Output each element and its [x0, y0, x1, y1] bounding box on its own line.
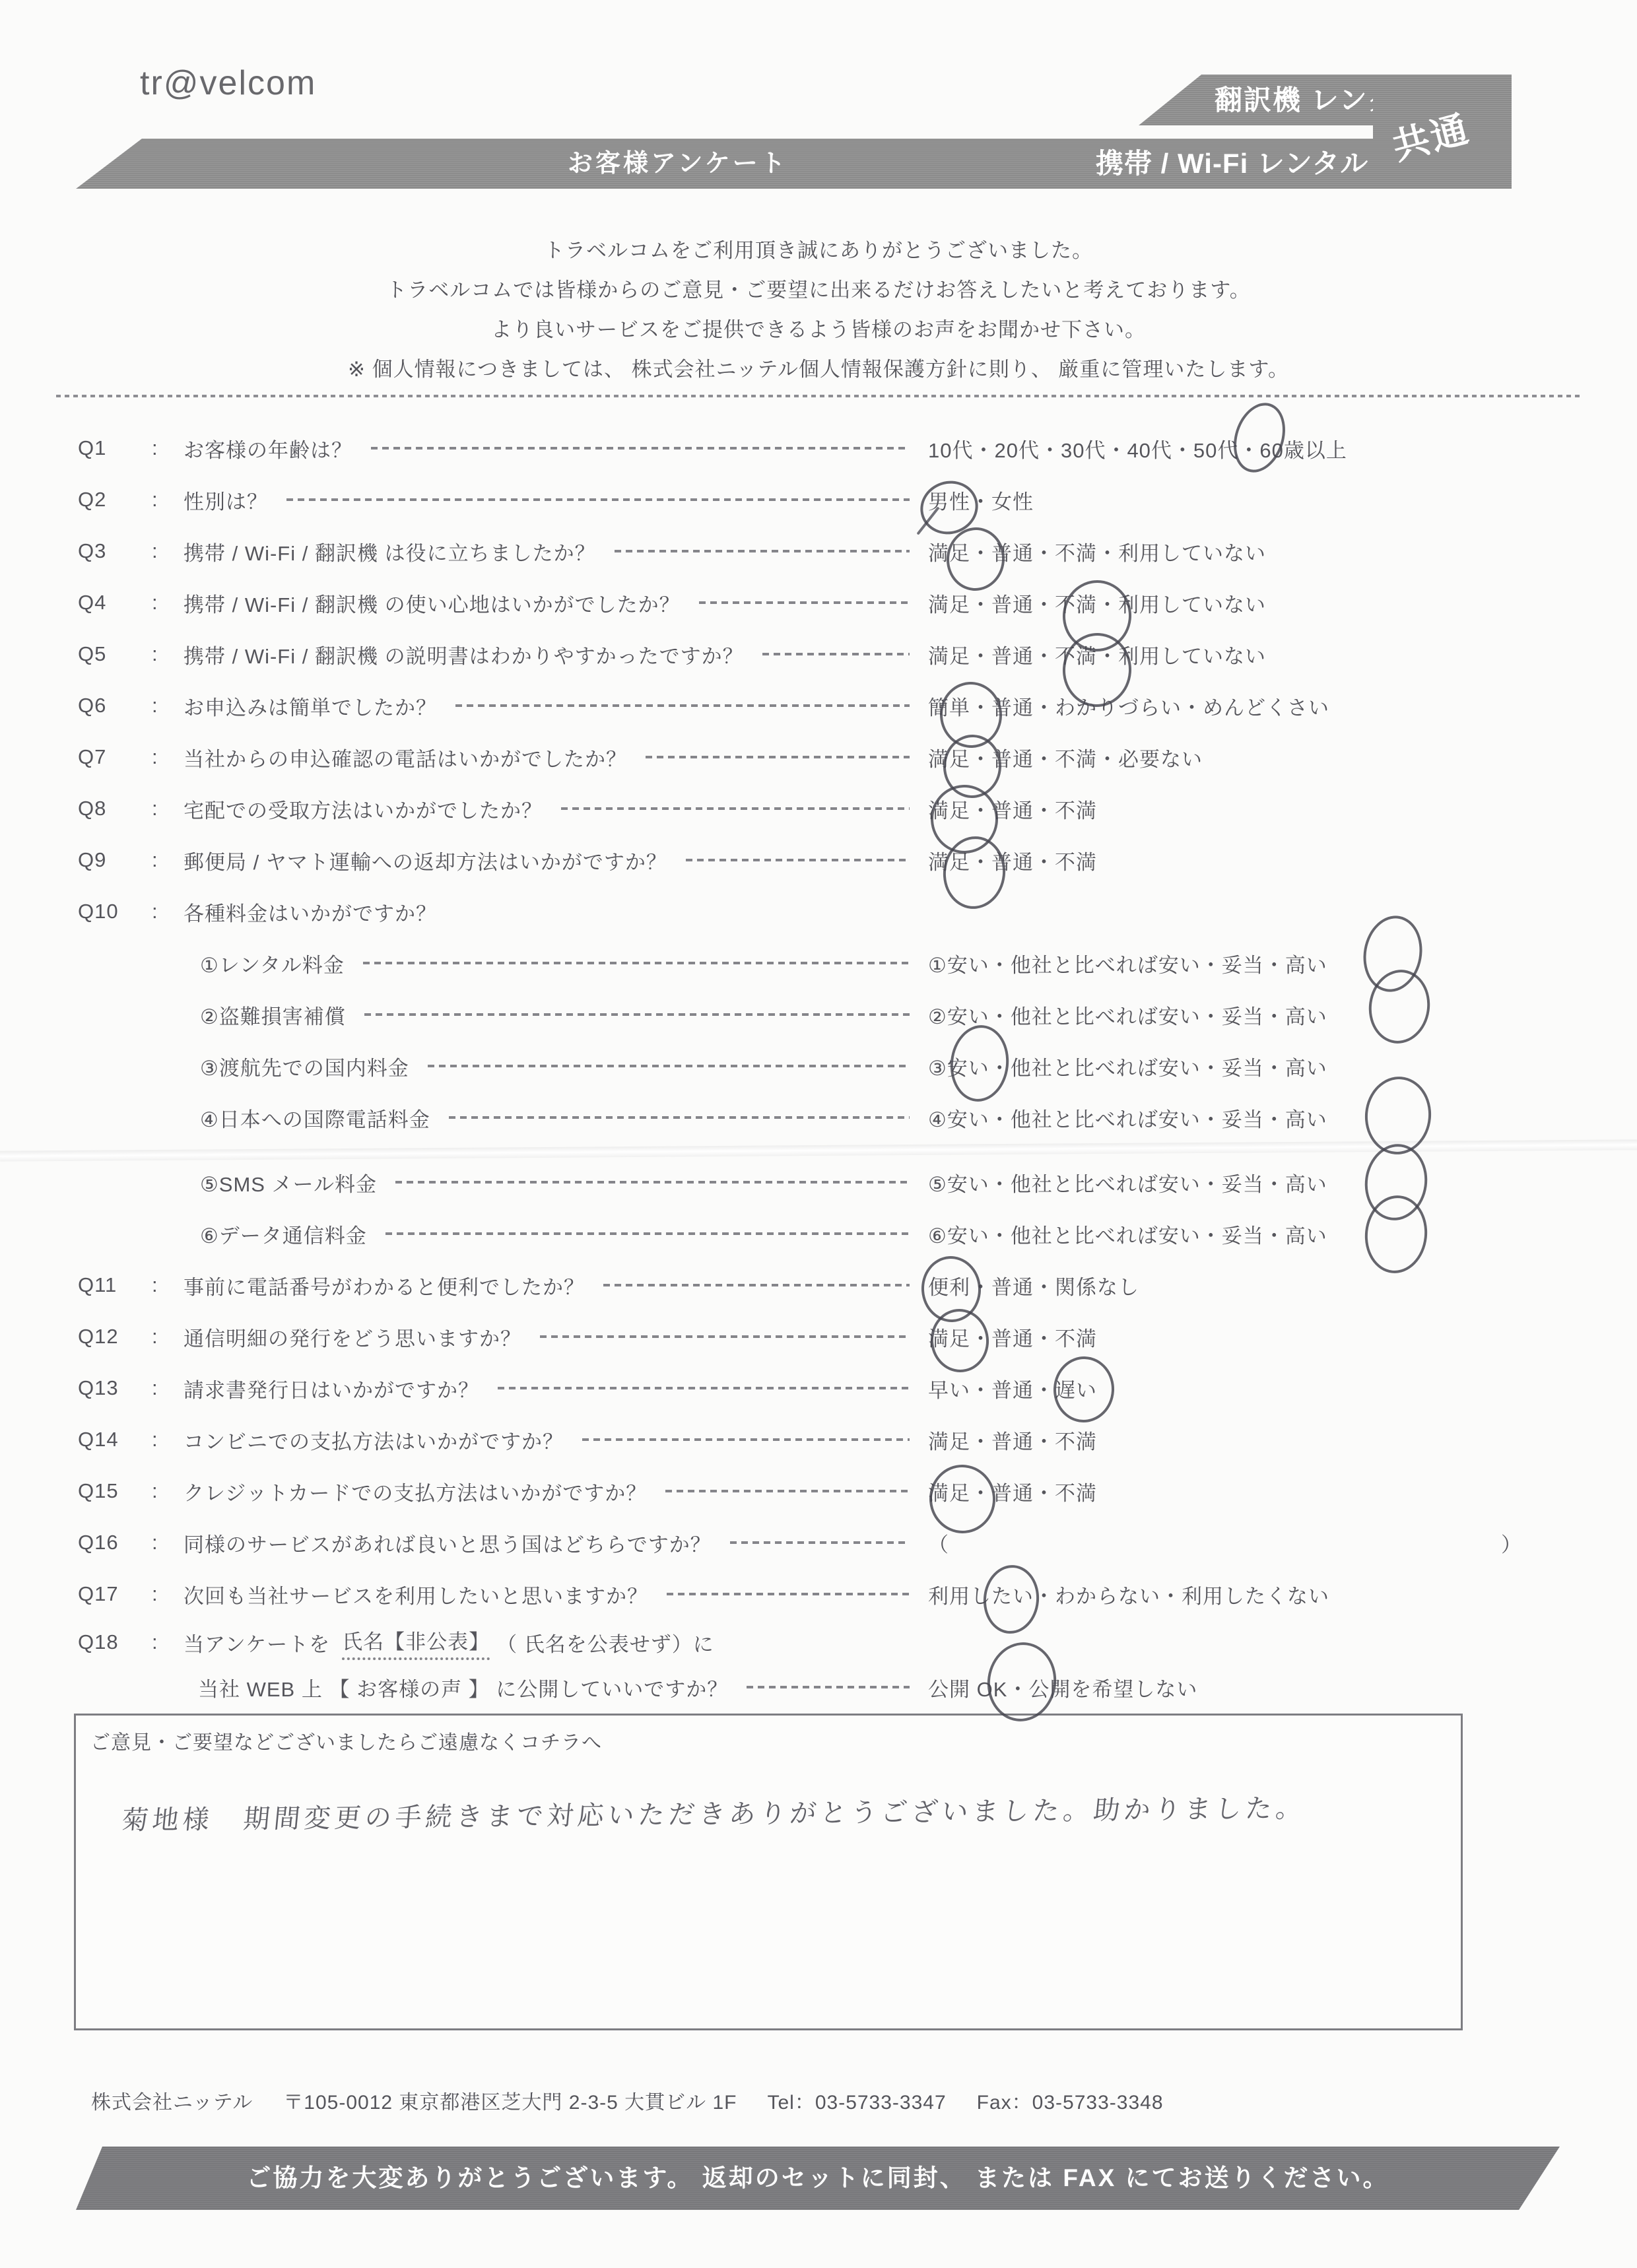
intro-line-4: ※ 個人情報につきましては、 株式会社ニッテル個人情報保護方針に則り、 厳重に管…	[0, 350, 1637, 389]
question-text-line2: 当社 WEB 上 【 お客様の声 】 に公開していいですか？	[198, 1673, 728, 1702]
question-row-q12: Q12 : 通信明細の発行をどう思いますか？ 満足・普通・不満	[78, 1311, 1562, 1362]
answer-cell: ②安い・他社と比べれば安い・妥当・高い	[928, 1000, 1562, 1030]
travelcom-logo: tr@velcom	[140, 63, 316, 103]
colon: :	[152, 1376, 184, 1400]
question-text-part3: （ 氏名を公表せず）に	[496, 1628, 714, 1657]
bottom-banner: ご協力を大変ありがとうございます。 返却のセットに同封、 または FAX にてお…	[76, 2147, 1560, 2210]
dotted-leader	[428, 1065, 910, 1067]
question-text: 事前に電話番号がわかると便利でしたか？	[184, 1271, 585, 1300]
answer-cell: 満足・普通・不満・利用していない	[928, 537, 1562, 566]
answer-cell: 満足・普通・不満・利用していない	[928, 640, 1562, 669]
question-row-q10-1: ①レンタル料金 ①安い・他社と比べれば安い・妥当・高い	[78, 937, 1562, 989]
question-row-q10-6: ⑥データ通信料金 ⑥安い・他社と比べれば安い・妥当・高い	[78, 1208, 1562, 1259]
header-band-main: お客様アンケート 携帯 / Wi-Fi レンタル	[76, 139, 1512, 189]
comment-box: ご意見・ご要望などございましたらご遠慮なくコチラへ 菊地様 期間変更の手続きまで…	[74, 1714, 1463, 2030]
answer-cell: 男性・女性	[928, 485, 1562, 515]
question-text: お申込みは簡単でしたか？	[184, 691, 437, 721]
question-text-underlined: 氏名【非公表】	[342, 1625, 490, 1660]
answer-cell: 満足・普通・不満	[928, 1477, 1562, 1506]
colon: :	[152, 1479, 184, 1503]
answer-options: ①安い・他社と比べれば安い・妥当・高い	[928, 954, 1327, 977]
dotted-leader	[699, 601, 910, 604]
question-row-q16: Q16 : 同様のサービスがあれば良いと思う国はどちらですか？ （ ）	[78, 1517, 1562, 1568]
dotted-leader	[286, 498, 910, 501]
question-text: 各種料金はいかがですか？	[184, 897, 437, 927]
dotted-leader	[364, 1013, 910, 1016]
colon: :	[152, 1273, 184, 1297]
page-title: お客様アンケート	[568, 139, 788, 189]
answer-cell: 早い・普通・遅い	[928, 1374, 1562, 1403]
answer-cell: 便利・普通・関係なし	[928, 1271, 1562, 1300]
answer-cell: 満足・普通・不満・利用していない	[928, 588, 1562, 618]
sub-question-label: ⑥データ通信料金	[200, 1219, 367, 1249]
question-text: 請求書発行日はいかがですか？	[184, 1374, 479, 1403]
footer-address: 〒105-0012 東京都港区芝大門 2-3-5 大貫ビル 1F	[283, 2086, 737, 2115]
question-text: コンビニでの支払方法はいかがですか？	[184, 1425, 564, 1455]
question-number: Q9	[78, 848, 152, 872]
question-number: Q10	[78, 900, 152, 923]
answer-cell: 満足・普通・不満	[928, 794, 1562, 824]
footer: 株式会社ニッテル 〒105-0012 東京都港区芝大門 2-3-5 大貫ビル 1…	[91, 2086, 1164, 2115]
sub-question-label: ⑤SMS メール料金	[200, 1168, 377, 1197]
question-row-q11: Q11 : 事前に電話番号がわかると便利でしたか？ 便利・普通・関係なし	[78, 1259, 1562, 1311]
question-row-q17: Q17 : 次回も当社サービスを利用したいと思いますか？ 利用したい・わからない…	[78, 1568, 1562, 1620]
dotted-leader	[363, 962, 910, 964]
dotted-leader	[762, 653, 910, 655]
bottom-banner-text: ご協力を大変ありがとうございます。 返却のセットに同封、 または FAX にてお…	[246, 2164, 1389, 2191]
question-text: 宅配での受取方法はいかがでしたか？	[184, 794, 543, 824]
footer-fax: Fax：03-5733-3348	[977, 2086, 1164, 2115]
question-row-q2: Q2 : 性別は？ 男性・女性	[78, 474, 1562, 525]
question-row-q6: Q6 : お申込みは簡単でしたか？ 簡単・普通・わかりづらい・めんどくさい	[78, 680, 1562, 731]
dotted-leader	[667, 1593, 910, 1595]
intro-line-3: より良いサービスをご提供できるよう皆様のお声をお聞かせ下さい。	[0, 310, 1637, 350]
sub-question-label: ①レンタル料金	[200, 949, 345, 978]
answer-cell: ③安い・他社と比べれば安い・妥当・高い	[928, 1051, 1562, 1081]
question-text: クレジットカードでの支払方法はいかがですか？	[184, 1477, 647, 1506]
dashed-separator	[56, 395, 1581, 397]
dotted-leader	[747, 1686, 910, 1688]
dotted-leader	[395, 1181, 910, 1184]
question-row-q3: Q3 : 携帯 / Wi-Fi / 翻訳機 は役に立ちましたか？ 満足・普通・不…	[78, 525, 1562, 577]
question-text: 携帯 / Wi-Fi / 翻訳機 は役に立ちましたか？	[184, 537, 596, 566]
question-row-q10-3: ③渡航先での国内料金 ③安い・他社と比べれば安い・妥当・高い	[78, 1040, 1562, 1092]
question-row-q15: Q15 : クレジットカードでの支払方法はいかがですか？ 満足・普通・不満	[78, 1465, 1562, 1517]
open-paren: （	[928, 1528, 949, 1558]
colon: :	[152, 642, 184, 666]
question-row-q18-line2: 当社 WEB 上 【 お客様の声 】 に公開していいですか？ 公開 OK・公開を…	[78, 1665, 1562, 1710]
question-number: Q15	[78, 1479, 152, 1503]
question-row-q14: Q14 : コンビニでの支払方法はいかがですか？ 満足・普通・不満	[78, 1414, 1562, 1465]
dotted-leader	[449, 1116, 910, 1119]
question-number: Q12	[78, 1325, 152, 1349]
answer-options: ②安い・他社と比べれば安い・妥当・高い	[928, 1005, 1327, 1028]
dotted-leader	[455, 704, 910, 707]
answer-cell: 簡単・普通・わかりづらい・めんどくさい	[928, 691, 1562, 721]
handwritten-comment: 菊地様 期間変更の手続きまで対応いただきありがとうございました。助かりました。	[120, 1787, 1308, 1838]
question-text: 携帯 / Wi-Fi / 翻訳機 の使い心地はいかがでしたか？	[184, 588, 681, 618]
question-number: Q17	[78, 1582, 152, 1606]
answer-options: ⑤安い・他社と比べれば安い・妥当・高い	[928, 1173, 1327, 1196]
question-row-q10-2: ②盗難損害補償 ②安い・他社と比べれば安い・妥当・高い	[78, 989, 1562, 1040]
question-text: お客様の年齢は？	[184, 434, 352, 463]
colon: :	[152, 745, 184, 769]
answer-cell: ⑥安い・他社と比べれば安い・妥当・高い	[928, 1219, 1562, 1249]
answer-cell: ①安い・他社と比べれば安い・妥当・高い	[928, 949, 1562, 978]
dotted-leader	[646, 756, 910, 758]
question-number: Q13	[78, 1376, 152, 1400]
colon: :	[152, 848, 184, 872]
handwritten-circle-mark	[1225, 396, 1294, 479]
colon: :	[152, 1582, 184, 1606]
answer-cell: 10代・20代・30代・40代・50代・60歳以上	[928, 434, 1562, 463]
colon: :	[152, 539, 184, 563]
question-number: Q4	[78, 591, 152, 615]
answer-cell: 満足・普通・不満	[928, 1425, 1562, 1455]
question-row-q9: Q9 : 郵便局 / ヤマト運輸への返却方法はいかがですか？ 満足・普通・不満	[78, 834, 1562, 886]
question-text: 郵便局 / ヤマト運輸への返却方法はいかがですか？	[184, 846, 667, 875]
close-paren: ）	[1501, 1528, 1522, 1558]
answer-options: ⑥安い・他社と比べれば安い・妥当・高い	[928, 1224, 1327, 1248]
question-number: Q3	[78, 539, 152, 563]
question-number: Q6	[78, 694, 152, 717]
question-number: Q11	[78, 1273, 152, 1297]
question-number: Q14	[78, 1428, 152, 1451]
colon: :	[152, 1531, 184, 1554]
dotted-leader	[561, 807, 910, 810]
colon: :	[152, 694, 184, 717]
footer-company: 株式会社ニッテル	[91, 2086, 253, 2115]
dotted-leader	[498, 1387, 910, 1389]
question-row-q7: Q7 : 当社からの申込確認の電話はいかがでしたか？ 満足・普通・不満・必要ない	[78, 731, 1562, 783]
dotted-leader	[385, 1232, 910, 1235]
colon: :	[152, 591, 184, 615]
dotted-leader	[540, 1335, 910, 1338]
question-number: Q16	[78, 1531, 152, 1554]
question-row-q10-4: ④日本への国際電話料金 ④安い・他社と比べれば安い・妥当・高い	[78, 1092, 1562, 1143]
question-text: 当社からの申込確認の電話はいかがでしたか？	[184, 743, 627, 772]
answer-options: 満足・普通・不満	[928, 1430, 1097, 1453]
dotted-leader	[665, 1490, 910, 1492]
question-text: 通信明細の発行をどう思いますか？	[184, 1322, 521, 1352]
question-row-q4: Q4 : 携帯 / Wi-Fi / 翻訳機 の使い心地はいかがでしたか？ 満足・…	[78, 577, 1562, 628]
colon: :	[152, 436, 184, 460]
question-row-q5: Q5 : 携帯 / Wi-Fi / 翻訳機 の説明書はわかりやすかったですか？ …	[78, 628, 1562, 680]
answer-cell: 満足・普通・不満	[928, 1322, 1562, 1352]
dotted-leader	[582, 1438, 910, 1441]
answer-cell: （ ）	[928, 1528, 1562, 1558]
question-number: Q2	[78, 488, 152, 512]
header-band-common: 共通	[1373, 75, 1512, 189]
footer-tel: Tel：03-5733-3347	[767, 2086, 946, 2115]
question-row-q10-5: ⑤SMS メール料金 ⑤安い・他社と比べれば安い・妥当・高い	[78, 1156, 1562, 1208]
free-answer-parens: （ ）	[928, 1528, 1522, 1558]
question-number: Q7	[78, 745, 152, 769]
question-text-part1: 当アンケートを	[184, 1628, 330, 1657]
answer-cell: ⑤安い・他社と比べれば安い・妥当・高い	[928, 1168, 1562, 1197]
dotted-leader	[730, 1541, 910, 1544]
question-row-q8: Q8 : 宅配での受取方法はいかがでしたか？ 満足・普通・不満	[78, 783, 1562, 834]
colon: :	[152, 900, 184, 923]
colon: :	[152, 797, 184, 820]
question-row-q13: Q13 : 請求書発行日はいかがですか？ 早い・普通・遅い	[78, 1362, 1562, 1414]
comment-box-label: ご意見・ご要望などございましたらご遠慮なくコチラへ	[76, 1716, 1461, 1766]
answer-cell: 利用したい・わからない・利用したくない	[928, 1580, 1562, 1609]
colon: :	[152, 1428, 184, 1451]
band-mobile-label: 携帯 / Wi-Fi レンタル	[1096, 139, 1368, 189]
sub-question-label: ②盗難損害補償	[200, 1000, 346, 1030]
question-text: 次回も当社サービスを利用したいと思いますか？	[184, 1580, 648, 1609]
answer-cell: 公開 OK・公開を希望しない	[928, 1673, 1562, 1702]
survey-body: Q1 : お客様の年齢は？ 10代・20代・30代・40代・50代・60歳以上 …	[78, 422, 1562, 1710]
intro-text: トラベルコムをご利用頂き誠にありがとうございました。 トラベルコムでは皆様からの…	[0, 231, 1637, 389]
question-number: Q8	[78, 797, 152, 820]
dotted-leader	[603, 1284, 910, 1286]
question-row-q10: Q10 : 各種料金はいかがですか？	[78, 886, 1562, 937]
question-number: Q18	[78, 1630, 152, 1654]
answer-options: 10代・20代・30代・40代・50代・60歳以上	[928, 439, 1347, 462]
intro-line-2: トラベルコムでは皆様からのご意見・ご要望に出来るだけお答えしたいと考えております…	[0, 271, 1637, 310]
colon: :	[152, 488, 184, 512]
sub-question-label: ④日本への国際電話料金	[200, 1103, 430, 1133]
colon: :	[152, 1325, 184, 1349]
answer-options: ④安い・他社と比べれば安い・妥当・高い	[928, 1108, 1327, 1131]
question-text: 性別は？	[184, 485, 268, 515]
question-text: 携帯 / Wi-Fi / 翻訳機 の説明書はわかりやすかったですか？	[184, 640, 744, 669]
question-number: Q5	[78, 642, 152, 666]
colon: :	[152, 1630, 184, 1654]
answer-cell: 満足・普通・不満・必要ない	[928, 743, 1562, 772]
question-row-q1: Q1 : お客様の年齢は？ 10代・20代・30代・40代・50代・60歳以上	[78, 422, 1562, 474]
question-number: Q1	[78, 436, 152, 460]
question-row-q18: Q18 : 当アンケートを 氏名【非公表】 （ 氏名を公表せず）に	[78, 1620, 1562, 1665]
dotted-leader	[686, 859, 910, 861]
dotted-leader	[371, 447, 910, 450]
question-text: 同様のサービスがあれば良いと思う国はどちらですか？	[184, 1528, 712, 1558]
dotted-leader	[615, 550, 910, 552]
sub-question-label: ③渡航先での国内料金	[200, 1051, 409, 1081]
answer-options: 公開 OK・公開を希望しない	[928, 1678, 1197, 1701]
answer-cell: ④安い・他社と比べれば安い・妥当・高い	[928, 1103, 1562, 1133]
intro-line-1: トラベルコムをご利用頂き誠にありがとうございました。	[0, 231, 1637, 271]
band-common-label: 共通	[1386, 100, 1475, 171]
answer-cell: 満足・普通・不満	[928, 846, 1562, 875]
